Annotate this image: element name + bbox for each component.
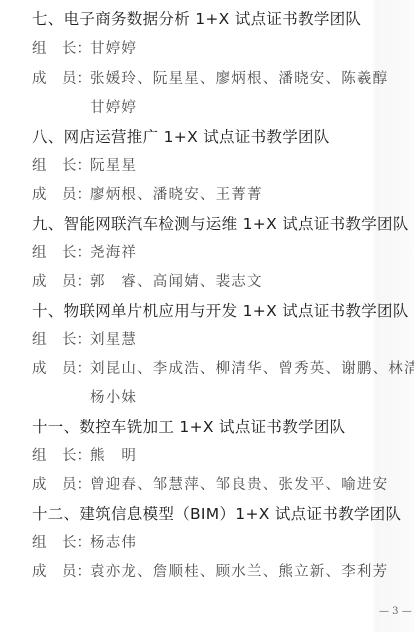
leader-label: 组长： [32,39,90,59]
leader-name: 尧海祥 [90,243,137,263]
team-leader-row: 组长：熊 明 [32,446,137,466]
page-number: — 3 — [379,606,412,617]
section-title-8: 八、网店运营推广 1+X 试点证书教学团队 [32,127,330,147]
leader-name: 阮星星 [90,156,137,176]
leader-name: 熊 明 [90,446,137,466]
section-title-10: 十、物联网单片机应用与开发 1+X 试点证书教学团队 [32,301,409,321]
leader-label: 组长： [32,156,90,176]
document-page: 七、电子商务数据分析 1+X 试点证书教学团队 组长：甘婷婷 成员：张媛玲、阮星… [0,0,414,632]
team-leader-row: 组长：刘星慧 [32,330,137,350]
leader-label: 组长： [32,533,90,553]
leader-label: 组长： [32,243,90,263]
leader-label: 组长： [32,446,90,466]
members-label: 成员： [32,359,90,379]
section-title-7: 七、电子商务数据分析 1+X 试点证书教学团队 [32,9,361,29]
leader-name: 甘婷婷 [90,39,137,59]
members-list: 廖炳根、潘晓安、王菁菁 [90,185,263,205]
team-members-row: 成员：郭 睿、高闻婧、裴志文 [32,272,263,292]
members-label: 成员： [32,562,90,582]
leader-name: 刘星慧 [90,330,137,350]
team-leader-row: 组长：尧海祥 [32,243,137,263]
section-title-9: 九、智能网联汽车检测与运维 1+X 试点证书教学团队 [32,214,409,234]
members-list: 刘昆山、李成浩、柳清华、曾秀英、谢鹏、林清 [90,359,414,379]
members-label: 成员： [32,475,90,495]
team-members-row: 成员：袁亦龙、詹顺桂、顾水兰、熊立新、李利芳 [32,562,388,582]
leader-label: 组长： [32,330,90,350]
members-label: 成员： [32,185,90,205]
team-leader-row: 组长：杨志伟 [32,533,137,553]
members-list: 袁亦龙、詹顺桂、顾水兰、熊立新、李利芳 [90,562,388,582]
team-leader-row: 组长：甘婷婷 [32,39,137,59]
leader-name: 杨志伟 [90,533,137,553]
team-members-row: 成员：张媛玲、阮星星、廖炳根、潘晓安、陈羲醇 [32,69,388,89]
members-label: 成员： [32,272,90,292]
team-members-row: 成员：曾迎春、邹慧萍、邹良贵、张发平、喻进安 [32,475,388,495]
section-title-12: 十二、建筑信息模型（BIM）1+X 试点证书教学团队 [32,504,401,524]
members-list: 郭 睿、高闻婧、裴志文 [90,272,263,292]
team-leader-row: 组长：阮星星 [32,156,137,176]
team-members-row: 成员：刘昆山、李成浩、柳清华、曾秀英、谢鹏、林清 [32,359,414,379]
section-title-11: 十一、数控车铣加工 1+X 试点证书教学团队 [32,417,345,437]
members-list-continued: 杨小妹 [90,388,137,408]
members-list: 张媛玲、阮星星、廖炳根、潘晓安、陈羲醇 [90,69,388,89]
members-label: 成员： [32,69,90,89]
members-list-continued: 甘婷婷 [90,98,137,118]
team-members-row: 成员：廖炳根、潘晓安、王菁菁 [32,185,263,205]
members-list: 曾迎春、邹慧萍、邹良贵、张发平、喻进安 [90,475,388,495]
